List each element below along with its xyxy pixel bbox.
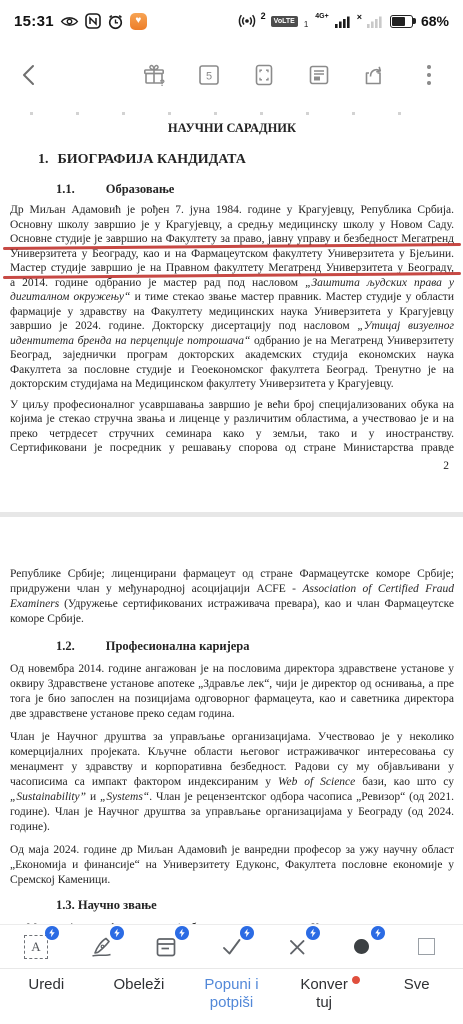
doc-heading: 1.2.Професионална каријера [56,639,454,654]
premium-badge-icon [110,926,124,940]
tab-popuni-i-potpisi[interactable]: Popuni i potpiši [185,976,278,1012]
doc-line: Мастер студије завршио је на Правном фак… [10,261,454,276]
clock: 15:31 [14,13,54,30]
form-fill-tool[interactable] [152,933,180,961]
doc-line: две здравствене установе преко седам год… [10,707,454,722]
check-annotation-tool[interactable] [217,933,245,961]
overflow-menu-button[interactable] [415,61,443,89]
doc-line: идентитета бренда на перцепције потрошач… [10,334,454,349]
cross-annotation-tool[interactable] [283,933,311,961]
doc-line: комерцијалних пројеката. Кључне области … [10,745,454,760]
add-text-tool[interactable]: A [22,933,50,961]
doc-paragraph: Републике Србије; лиценцирани фармацеут … [10,567,454,627]
doc-line: часописима са импакт фактором индексиран… [10,775,454,790]
rect-annotation-tool[interactable] [413,933,441,961]
doc-line: којима је стекао стручна звања и лиценце… [10,412,454,427]
volte-badge: VoLTE [271,16,298,27]
doc-line: завршио је 2024. године. Докторску дисер… [10,319,454,334]
doc-line: Др Миљан Адамовић је рођен 7. јуна 1984.… [10,203,454,218]
doc-line: Од новембра 2014. године ангажован је на… [10,662,454,677]
signal-bars-icon [335,15,350,28]
doc-line: Сремској Каменици. [10,873,454,888]
doc-line: преко четрдесет стручних семинара како у… [10,427,454,442]
doc-line: Републике Србије; лиценцирани фармацеут … [10,567,454,582]
pdf-page-1[interactable]: НАУЧНИ САРАДНИК1.БИОГРАФИЈА КАНДИДАТА1.1… [0,108,463,512]
signature-tool[interactable] [87,933,115,961]
bottom-toolbar: A [0,925,463,1024]
doc-line: оквиру Здравствене установе апотеке „Здр… [10,677,454,692]
tab-label: Uredi [28,976,64,1012]
volte-sim-number: 1 [304,20,308,29]
cross-icon [284,934,310,960]
status-bar: 15:31 ♥ 2 VoLTE 1 4G+ × [0,0,463,42]
doc-line: Члан је Научног друштва за управљање орг… [10,730,454,745]
clipped-text-remnant [30,112,434,115]
nfc-icon [85,13,101,29]
share-button[interactable] [360,61,388,89]
hotspot-icon [238,13,256,29]
doc-line: „Економија и финансије“ на Универзитету … [10,858,454,873]
svg-text:?: ? [159,78,165,88]
fit-page-button[interactable] [250,61,278,89]
doc-line: фармације у здравству на Факултету медиц… [10,305,454,320]
doc-line: У циљу професионалног усавршавања заврши… [10,398,454,413]
tab-label: Popuni i potpiši [195,976,267,1012]
tab-uredi[interactable]: Uredi [0,976,93,1012]
empty-square-icon [418,938,435,955]
premium-badge-icon [175,926,189,940]
health-heart-icon: ♥ [130,13,147,30]
svg-text:5: 5 [206,71,212,83]
network-type-label: 4G+ [315,13,328,20]
pdf-page-2[interactable]: Републике Србије; лиценцирани фармацеут … [0,517,463,925]
doc-line: Универзитета у Београду, као и на Фармац… [10,247,454,262]
doc-paragraph: Члан је Научног друштва за управљање орг… [10,730,454,835]
doc-line: а 2014. године одбранио је мастер рад по… [10,276,454,291]
add-text-icon: A [24,935,48,959]
premium-badge-icon [240,926,254,940]
eye-icon [60,15,79,28]
battery-percent: 68% [421,13,449,29]
no-signal-mark: × [357,12,362,22]
battery-icon [390,15,413,28]
hotspot-count: 2 [261,11,266,21]
doc-heading: 1.1.Образовање [56,182,454,197]
doc-paragraph: Од маја 2024. године др Миљан Адамовић ј… [10,843,454,888]
tab-counter-button[interactable]: 5 [195,61,223,89]
doc-line: године). Члан је Научног друштва за упра… [10,805,454,820]
doc-line: тога је био запослен на позицијама одгов… [10,692,454,707]
doc-title: НАУЧНИ САРАДНИК [10,121,454,136]
doc-line: Сертификовани је посредник у решавању сп… [10,441,454,456]
doc-line: придружени члан у међународној асоцијаци… [10,582,454,597]
premium-badge-icon [45,926,59,940]
doc-paragraph: Од новембра 2014. године ангажован је на… [10,662,454,722]
back-button[interactable] [16,61,44,89]
doc-line: Факултета за пословне студије и Геоеконо… [10,363,454,378]
gift-promo-button[interactable]: ? [140,61,168,89]
filled-dot-icon [354,939,369,954]
premium-badge-icon [306,926,320,940]
phone-screen: 15:31 ♥ 2 VoLTE 1 4G+ × [0,0,463,1024]
doc-line: менаџмент у здравству и корпоративна без… [10,760,454,775]
annotation-tool-row: A [0,925,463,969]
reader-mode-button[interactable] [305,61,333,89]
tab-konvertuj[interactable]: Konvertuj [278,976,371,1012]
page-number: 2 [10,460,454,472]
doc-paragraph: Др Миљан Адамовић је рођен 7. јуна 1984.… [10,203,454,392]
doc-line: Основну школу завршио је у Крагујевцу, а… [10,218,454,233]
notification-dot [352,976,360,984]
tab-label: Konvertuj [300,976,348,1012]
premium-badge-icon [371,926,385,940]
doc-line: године). [10,820,454,835]
tab-label: Obeleži [113,976,164,1012]
tab-label: Sve [404,976,430,1012]
tab-obelezi[interactable]: Obeleži [93,976,186,1012]
doc-heading: 1.3. Научно звање [56,898,454,913]
pdf-top-toolbar: ? 5 [0,42,463,108]
doc-line: „Sustainability” и „Systems“. Члан је ре… [10,790,454,805]
form-field-icon [153,934,179,960]
tab-sve[interactable]: Sve [370,976,463,1012]
doc-line: Examiners (Удружење сертификованих истра… [10,597,454,612]
alarm-icon [107,13,124,30]
dot-annotation-tool[interactable] [348,933,376,961]
doc-line: Од маја 2024. године др Миљан Адамовић ј… [10,843,454,858]
doc-paragraph: У циљу професионалног усавршавања заврши… [10,398,454,456]
doc-line: коморе Србије. [10,612,454,627]
signal-off-icon [367,15,382,28]
doc-line: докторским студијама на Медицинском факу… [10,377,454,392]
mode-tab-row: UrediObeležiPopuni i potpišiKonvertujSve [0,969,463,1012]
doc-line: Основне студије је завршио на Факултету … [10,232,454,247]
doc-line: Београд, заједнички програм докторских а… [10,348,454,363]
doc-heading: 1.БИОГРАФИЈА КАНДИДАТА [38,152,454,168]
doc-line: дигиталном окружењу“ и тиме стекао звање… [10,290,454,305]
